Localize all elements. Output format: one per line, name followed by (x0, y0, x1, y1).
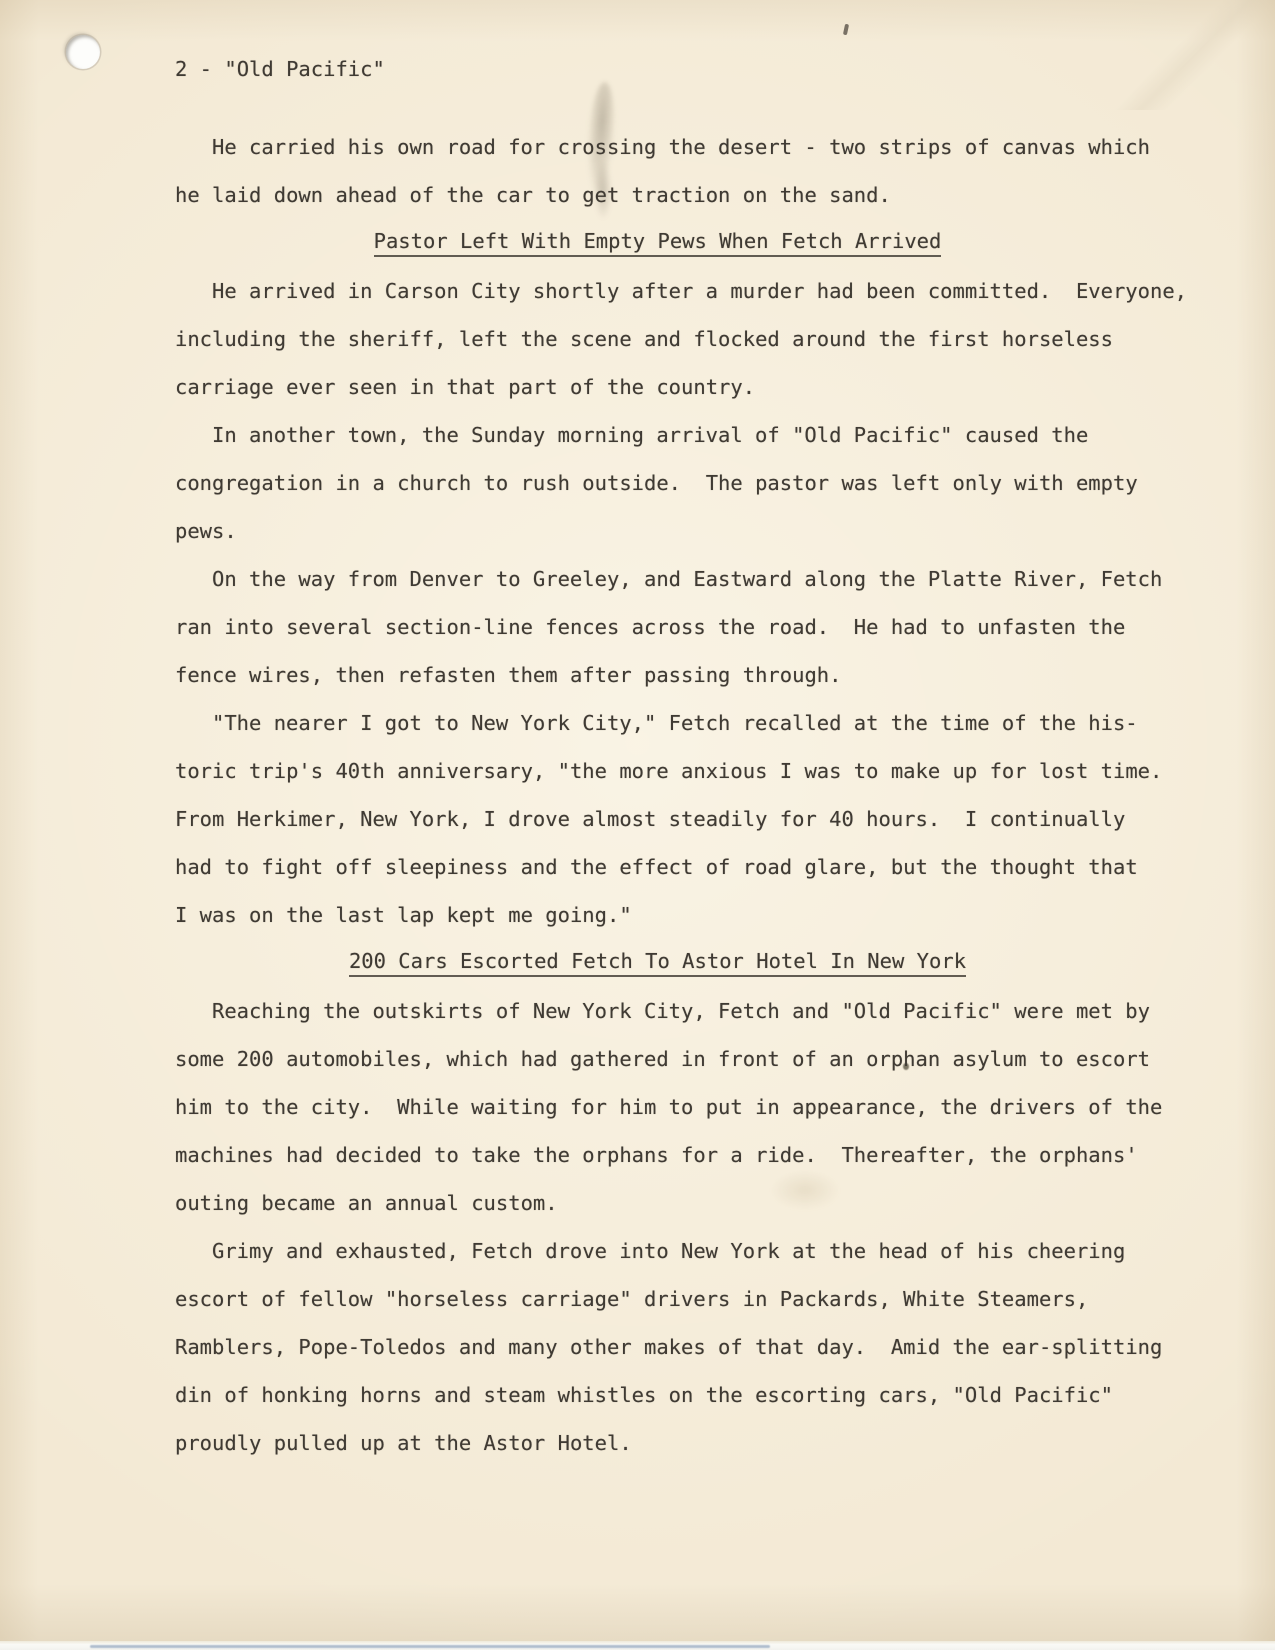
text-line: In another town, the Sunday morning arri… (175, 411, 1140, 459)
section-heading: 200 Cars Escorted Fetch To Astor Hotel I… (175, 939, 1140, 987)
manuscript-page: 2 - "Old Pacific" He carried his own roa… (0, 0, 1275, 1650)
text-line: ran into several section-line fences acr… (175, 603, 1140, 651)
punch-hole (66, 35, 100, 69)
text-line: carriage ever seen in that part of the c… (175, 363, 1140, 411)
text-line: escort of fellow "horseless carriage" dr… (175, 1275, 1140, 1323)
text-line: machines had decided to take the orphans… (175, 1131, 1140, 1179)
page-fold-mark (1115, 0, 1275, 110)
text-line: I was on the last lap kept me going." (175, 891, 1140, 939)
text-line: proudly pulled up at the Astor Hotel. (175, 1419, 1140, 1467)
text-line: outing became an annual custom. (175, 1179, 1140, 1227)
text-line: Ramblers, Pope-Toledos and many other ma… (175, 1323, 1140, 1371)
text-line: pews. (175, 507, 1140, 555)
text-line: congregation in a church to rush outside… (175, 459, 1140, 507)
scan-backing-line (90, 1645, 770, 1648)
text-line: Reaching the outskirts of New York City,… (175, 987, 1140, 1035)
text-line: fence wires, then refasten them after pa… (175, 651, 1140, 699)
text-line: he laid down ahead of the car to get tra… (175, 171, 1140, 219)
section-heading: Pastor Left With Empty Pews When Fetch A… (175, 219, 1140, 267)
text-line: On the way from Denver to Greeley, and E… (175, 555, 1140, 603)
text-line: Grimy and exhausted, Fetch drove into Ne… (175, 1227, 1140, 1275)
text-line: He arrived in Carson City shortly after … (175, 267, 1140, 315)
text-line: He carried his own road for crossing the… (175, 123, 1140, 171)
section-heading-text: 200 Cars Escorted Fetch To Astor Hotel I… (349, 949, 966, 977)
text-line: him to the city. While waiting for him t… (175, 1083, 1140, 1131)
section-heading-text: Pastor Left With Empty Pews When Fetch A… (374, 229, 942, 257)
document-body: He carried his own road for crossing the… (175, 123, 1140, 1467)
text-line: From Herkimer, New York, I drove almost … (175, 795, 1140, 843)
text-line: toric trip's 40th anniversary, "the more… (175, 747, 1140, 795)
text-line: din of honking horns and steam whistles … (175, 1371, 1140, 1419)
page-number-header: 2 - "Old Pacific" (175, 52, 385, 86)
text-line: including the sheriff, left the scene an… (175, 315, 1140, 363)
text-line: some 200 automobiles, which had gathered… (175, 1035, 1140, 1083)
ink-speck (843, 24, 849, 36)
text-line: had to fight off sleepiness and the effe… (175, 843, 1140, 891)
text-line: "The nearer I got to New York City," Fet… (175, 699, 1140, 747)
